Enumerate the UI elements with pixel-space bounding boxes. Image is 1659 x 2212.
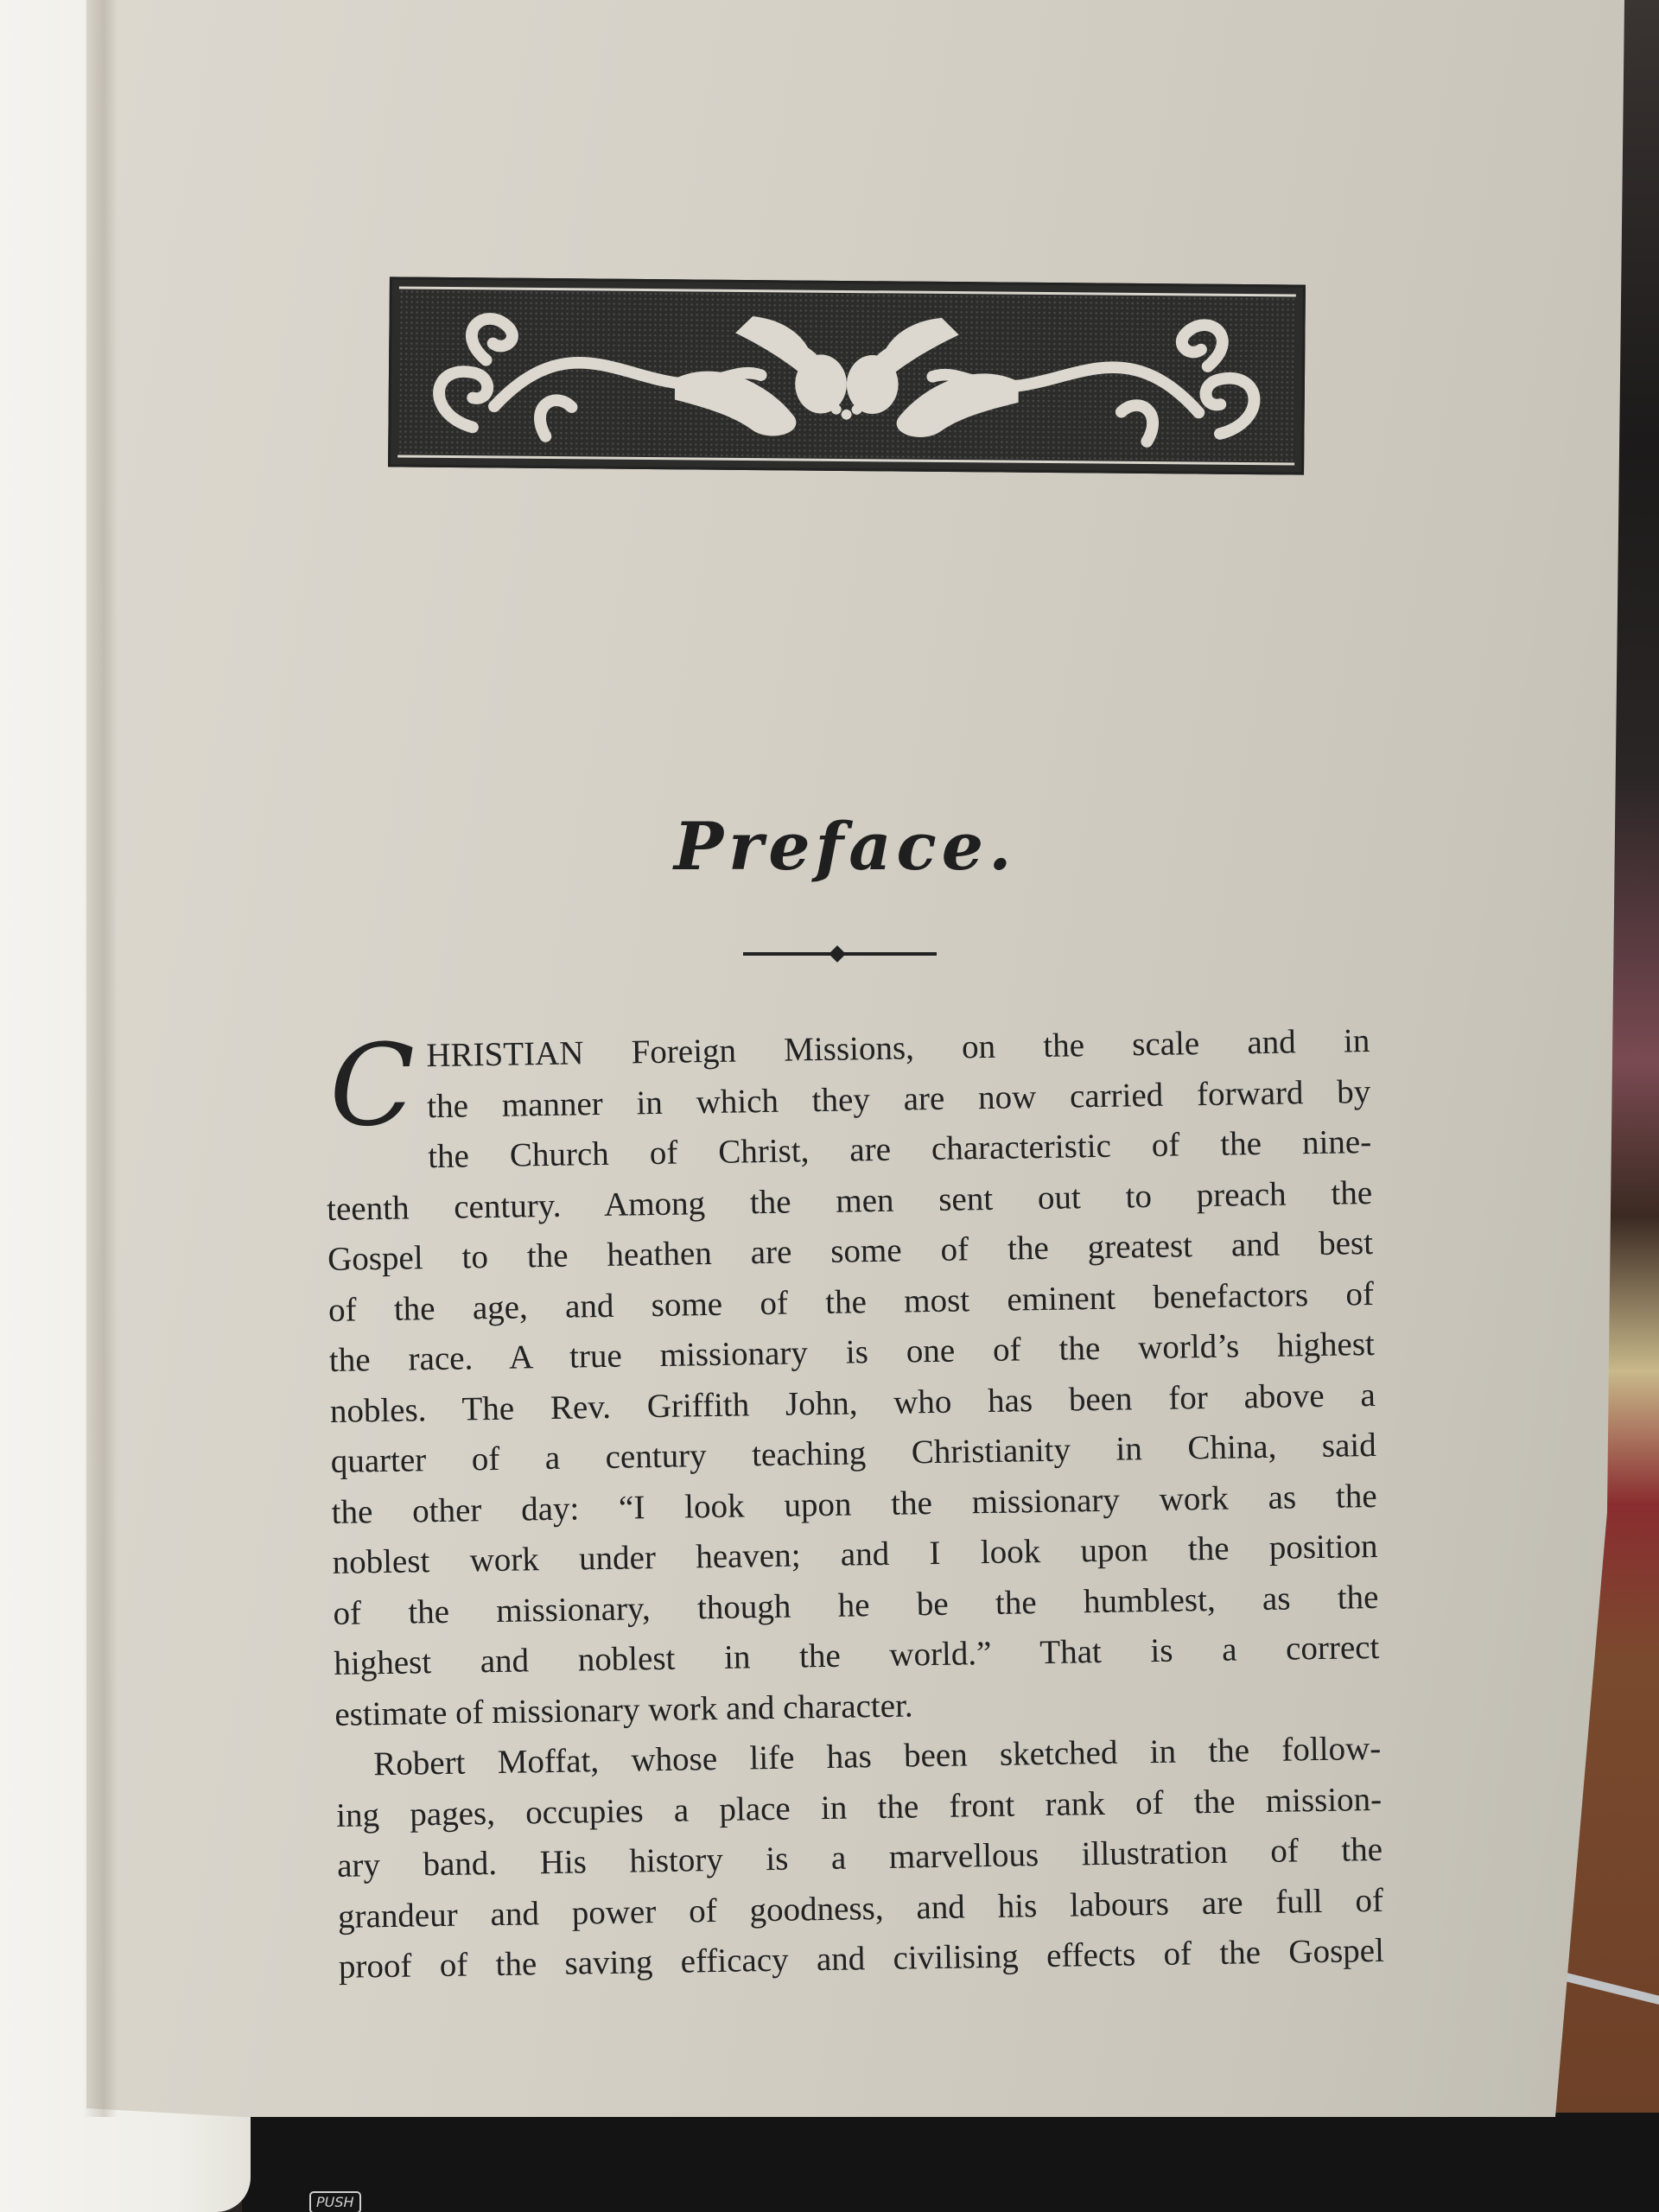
dark-surface [242, 2113, 1659, 2212]
headpiece-illustration [391, 279, 1303, 472]
body-text: C HRISTIAN Foreign Missions, on the scal… [324, 1016, 1384, 1993]
drop-cap-initial: C [324, 1033, 421, 1147]
page-title: Preface. [674, 808, 985, 885]
griffin-ornament-icon [388, 276, 1306, 474]
paragraph-2: Robert Moffat, whose life has been sketc… [335, 1724, 1384, 1993]
paragraph-1: C HRISTIAN Foreign Missions, on the scal… [324, 1016, 1381, 1740]
page-gutter-shadow [83, 0, 118, 2117]
push-label: PUSH [309, 2191, 361, 2212]
